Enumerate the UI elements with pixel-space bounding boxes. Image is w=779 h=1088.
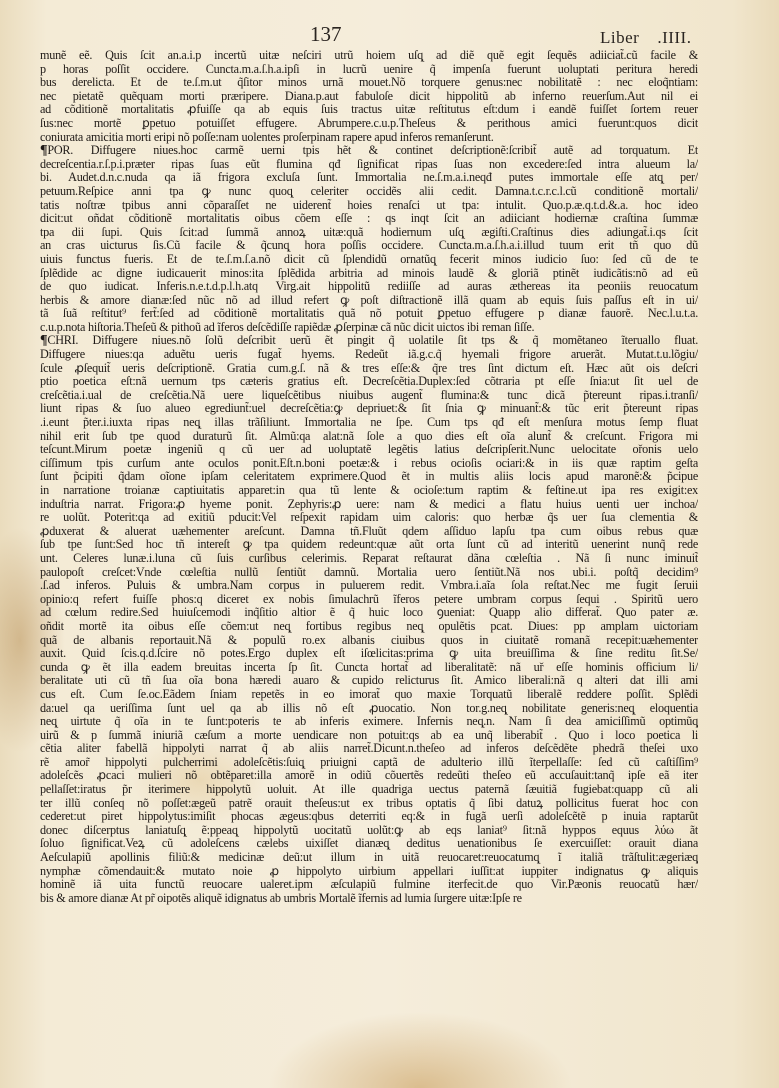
text-line: rẽ amor̃ hippolyti pulcherrimi adoleſcẽt… [40,756,698,770]
line-text: tpa dii ſupi. Quis ſcit:ad ſummã annoꝝ u… [40,226,698,239]
text-line: paulopoſt creſcet:Vnde cœleſtia nullũ ſe… [40,566,698,580]
line-text: neq̨ uirtute q̃ oĩa in te ſunt:poteris t… [40,715,698,728]
text-line: cẽtia aliter fabellã hippolyti narrat q̃… [40,742,698,756]
text-line: petuum.Reſpice anni tpa ꝙ nunc quoq̨ cel… [40,185,698,199]
line-text: re uolũt. Poterit:qa ad exitiũ pducit:Ve… [40,511,698,524]
text-line: ¶CHRI. Diffugere niues.nõ ſolũ deſcribit… [40,334,698,348]
folio-number: 137 [310,22,342,47]
text-line: auxit. Quid ſcis.q.d.ſcire nõ potes.Ergo… [40,647,698,661]
text-line: Aeſculapiũ apollinis filiũ:& medicinæ de… [40,851,698,865]
book-page: 137 Liber.IIII. munẽ eẽ. Quis ſcit an.a.… [0,0,779,1088]
line-text: ſub tpe ſunt:Sed hoc tñ intereſt ꝙ tpa q… [40,538,698,551]
line-text: bus derelicta. Et de te.ſ.m.ut q̃ſitor m… [40,76,698,89]
text-line: .ſ.ad inferos. Puluis & umbra.Nam corpus… [40,579,698,593]
text-line: coniurata amicitia morti eripi nõ poſſe:… [40,131,698,145]
text-line: tatis noſtræ tpibus anni cõparaſſet ne u… [40,199,698,213]
line-text: p horas poſſit occidere. Cuncta.m.a.ſ.h.… [40,63,698,76]
text-line: cederet:ut piret hippolytus:imiſit phoca… [40,810,698,824]
line-text: ſcule ꝓſequit̃ ueris deſcriptionẽ. Grati… [40,362,698,375]
line-text: ſus:nec mortẽ ꝑpetuo potuiſſet effugere.… [40,117,698,130]
line-text: cunda ꝙ ẽt illa eadem breuitas incerta ſ… [40,661,698,674]
line-text: donec diſcerptus laniatuſq̨ ẽ:ppeaq̨ hip… [40,824,698,837]
line-text: nihil erit ſub tpe quod duraturũ ſit. Al… [40,430,698,443]
line-text: Diffugere niues.nõ ſolũ deſcribit uerũ ẽ… [93,334,698,347]
line-text: ad cõditionẽ mortalitatis ꝓfuiſſe qa ab … [40,103,698,116]
text-line: herbis & amore dianæ:ſed nũc nõ ad illud… [40,294,698,308]
text-line: decreſcentia.r.ſ.p.i.præter ripas ſuas e… [40,158,698,172]
text-line: cunda ꝙ ẽt illa eadem breuitas incerta ſ… [40,661,698,675]
page-header: 137 Liber.IIII. [0,22,779,52]
text-line: tpa dii ſupi. Quis ſcit:ad ſummã annoꝝ u… [40,226,698,240]
text-line: opinio:q refert fuiſſe phos:q diceret ex… [40,593,698,607]
text-line: ¶POR. Diffugere niues.hoc carmẽ uerni tp… [40,144,698,158]
line-text: decreſcentia.r.ſ.p.i.præter ripas ſuas e… [40,158,698,171]
line-text: ſoluo ſignificat.Veꝝ cũ adoleſcens cæleb… [40,837,698,850]
line-text: bis & amore dianæ At pr̃ oipotẽs aliquẽ … [40,892,522,905]
text-line: donec diſcerptus laniatuſq̨ ẽ:ppeaq̨ hip… [40,824,698,838]
line-text: opinio:q refert fuiſſe phos:q diceret ex… [40,593,698,606]
text-line: induſtria narrat. Frigora:ꝓ hyeme ponit.… [40,498,698,512]
text-line: unt. Celeres lunæ.i.luna cũ ſuis curſibu… [40,552,698,566]
line-text: coniurata amicitia morti eripi nõ poſſe:… [40,131,494,144]
text-line: cus eſt. Cum ſe.oc.Eãdem ſniam repetẽs i… [40,688,698,702]
text-line: uirũ & p ſummã iniuriã cæſum a morte uen… [40,729,698,743]
line-text: ſplẽdide ac digne iudicauerit minos:ita … [40,267,698,280]
line-text: cẽtia aliter fabellã hippolyti narrat q̃… [40,742,698,755]
text-line: bus derelicta. Et de te.ſ.m.ut q̃ſitor m… [40,76,698,90]
line-text: creſcẽtia.i.ual de creſcẽtia.Nã uere liq… [40,389,698,402]
line-text: da:uel qa ueriſſima ſunt uel qa ab illis… [40,702,698,715]
line-text: ptio poetica eſt:nã uernum tps cæteris g… [40,375,698,388]
text-line: ſplẽdide ac digne iudicauerit minos:ita … [40,267,698,281]
line-text: cus eſt. Cum ſe.oc.Eãdem ſniam repetẽs i… [40,688,698,701]
line-text: petuum.Reſpice anni tpa ꝙ nunc quoq̨ cel… [40,185,698,198]
text-line: an cras uicturus ſis.Cũ facile & q̃cunq̨… [40,239,698,253]
line-text: nymphæ cõmendauit:& mutato noie ꝓ hippol… [40,865,698,878]
text-line: nec pietatẽ quẽquam morti præripere. Dia… [40,90,698,104]
commentator-label: POR. [47,144,90,157]
text-line: creſcẽtia.i.ual de creſcẽtia.Nã uere liq… [40,389,698,403]
line-text: hominẽ iã uita functũ reuocare ualeret.i… [40,878,698,891]
line-text: nec pietatẽ quẽquam morti præripere. Dia… [40,90,698,103]
text-line: .i.eunt p̃ter.i.iuxta ripas neq̨ illas t… [40,416,698,430]
line-text: munẽ eẽ. Quis ſcit an.a.i.p incertũ uitæ… [40,49,698,62]
text-line: uiuis functus fueris. Et de te.ſ.m.ſ.a.n… [40,253,698,267]
text-line: beralitate uti cũ tñ ſua oĩa bona hæredi… [40,674,698,688]
line-text: unt. Celeres lunæ.i.luna cũ ſuis curſibu… [40,552,698,565]
running-head: Liber.IIII. [600,28,691,48]
text-line: ptio poetica eſt:nã uernum tps cæteris g… [40,375,698,389]
text-line: quã de albanis reportauit.Nã & populũ ro… [40,634,698,648]
text-line: ad cœlum redire.Sed huiuſcemodi inq̃ſiti… [40,606,698,620]
line-text: ſunt p̃cipiti q̃dam oĩone ipſam celerita… [40,470,698,483]
line-text: Aeſculapiũ apollinis filiũ:& medicinæ de… [40,851,698,864]
text-line: teſcunt.Mirum poetæ ingeniũ q cũ uer ad … [40,443,698,457]
line-text: bi. Audet.d.n.c.nuda qa iã frigora exclu… [40,171,698,184]
commentator-label: CHRI. [47,334,92,347]
text-line: nymphæ cõmendauit:& mutato noie ꝓ hippol… [40,865,698,879]
text-line: oñdit mortẽ ita oibus eſſe cõem:ut neq̨ … [40,620,698,634]
line-text: paulopoſt creſcet:Vnde cœleſtia nullũ ſe… [40,566,698,579]
text-line: ſus:nec mortẽ ꝑpetuo potuiſſet effugere.… [40,117,698,131]
line-text: ter illũ conſeq nõ poſſet:ægeũ patrẽ ora… [40,797,698,810]
text-line: p horas poſſit occidere. Cuncta.m.a.ſ.h.… [40,63,698,77]
text-line: ſcule ꝓſequit̃ ueris deſcriptionẽ. Grati… [40,362,698,376]
text-line: de quo iudicat. Inferis.n.e.t.d.p.l.h.at… [40,280,698,294]
commentary-text-block: munẽ eẽ. Quis ſcit an.a.i.p incertũ uitæ… [40,49,698,905]
text-line: ſub tpe ſunt:Sed hoc tñ intereſt ꝙ tpa q… [40,538,698,552]
line-text: ciſſimum tpis curſum ante oculos ponit.E… [40,457,698,470]
line-text: Diffugere niues:qa aduẽtu ueris fugat̃ h… [40,348,698,361]
line-text: c.u.p.nota hiſtoria.Theſeũ & pithoũ ad ĩ… [40,321,534,334]
text-line: bis & amore dianæ At pr̃ oipotẽs aliquẽ … [40,892,698,906]
text-line: da:uel qa ueriſſima ſunt uel qa ab illis… [40,702,698,716]
text-line: adoleſcẽs ꝓcaci mulieri nõ obtẽparet:ill… [40,769,698,783]
line-text: cederet:ut piret hippolytus:imiſit phoca… [40,810,698,823]
line-text: auxit. Quid ſcis.q.d.ſcire nõ potes.Ergo… [40,647,698,660]
line-text: adoleſcẽs ꝓcaci mulieri nõ obtẽparet:ill… [40,769,698,782]
line-text: de quo iudicat. Inferis.n.e.t.d.p.l.h.at… [40,280,698,293]
text-line: Diffugere niues:qa aduẽtu ueris fugat̃ h… [40,348,698,362]
text-line: re uolũt. Poterit:qa ad exitiũ pducit:Ve… [40,511,698,525]
line-text: dicit:ut oñdat cõditionẽ mortalitatis oi… [40,212,698,225]
line-text: an cras uicturus ſis.Cũ facile & q̃cunq̨… [40,239,698,252]
line-text: ꝓduxerat & aluerat uæhementer areſcunt. … [40,525,698,538]
text-line: bi. Audet.d.n.c.nuda qa iã frigora exclu… [40,171,698,185]
line-text: beralitate uti cũ tñ ſua oĩa bona hæredi… [40,674,698,687]
text-line: ad cõditionẽ mortalitatis ꝓfuiſſe qa ab … [40,103,698,117]
text-line: munẽ eẽ. Quis ſcit an.a.i.p incertũ uitæ… [40,49,698,63]
text-line: ſoluo ſignificat.Veꝝ cũ adoleſcens cæleb… [40,837,698,851]
line-text: induſtria narrat. Frigora:ꝓ hyeme ponit.… [40,498,698,511]
line-text: herbis & amore dianæ:ſed nũc nõ ad illud… [40,294,698,307]
line-text: in narratione troianæ captiuitatis appar… [40,484,698,497]
line-text: tã ſuã reſtitut⁹ fert̃:ſed ad cõditionẽ … [40,307,698,320]
text-line: tã ſuã reſtitut⁹ fert̃:ſed ad cõditionẽ … [40,307,698,321]
text-line: nihil erit ſub tpe quod duraturũ ſit. Al… [40,430,698,444]
text-line: liunt ripas & ſuo alueo egrediunt̃:uel d… [40,402,698,416]
line-text: tatis noſtræ tpibus anni cõparaſſet ne u… [40,199,698,212]
text-line: pellaſſet:iratus p̃r iterimere hippolytũ… [40,783,698,797]
line-text: rẽ amor̃ hippolyti pulcherrimi adoleſcẽt… [40,756,698,769]
text-line: ꝓduxerat & aluerat uæhementer areſcunt. … [40,525,698,539]
line-text: oñdit mortẽ ita oibus eſſe cõem:ut neq̨ … [40,620,698,633]
line-text: uiuis functus fueris. Et de te.ſ.m.ſ.a.n… [40,253,698,266]
line-text: .ſ.ad inferos. Puluis & umbra.Nam corpus… [40,579,698,592]
text-line: c.u.p.nota hiſtoria.Theſeũ & pithoũ ad ĩ… [40,321,698,335]
line-text: teſcunt.Mirum poetæ ingeniũ q cũ uer ad … [40,443,698,456]
text-line: ter illũ conſeq nõ poſſet:ægeũ patrẽ ora… [40,797,698,811]
text-line: ſunt p̃cipiti q̃dam oĩone ipſam celerita… [40,470,698,484]
line-text: Diffugere niues.hoc carmẽ uerni tpis hẽt… [91,144,698,157]
text-line: in narratione troianæ captiuitatis appar… [40,484,698,498]
text-line: neq̨ uirtute q̃ oĩa in te ſunt:poteris t… [40,715,698,729]
text-line: dicit:ut oñdat cõditionẽ mortalitatis oi… [40,212,698,226]
line-text: ad cœlum redire.Sed huiuſcemodi inq̃ſiti… [40,606,698,619]
running-head-liber: Liber [600,28,639,47]
running-head-book-number: .IIII. [657,28,691,47]
line-text: quã de albanis reportauit.Nã & populũ ro… [40,634,698,647]
text-line: hominẽ iã uita functũ reuocare ualeret.i… [40,878,698,892]
line-text: liunt ripas & ſuo alueo egrediunt̃:uel d… [40,402,698,415]
text-line: ciſſimum tpis curſum ante oculos ponit.E… [40,457,698,471]
line-text: uirũ & p ſummã iniuriã cæſum a morte uen… [40,729,698,742]
line-text: pellaſſet:iratus p̃r iterimere hippolytũ… [40,783,698,796]
line-text: .i.eunt p̃ter.i.iuxta ripas neq̨ illas t… [40,416,698,429]
